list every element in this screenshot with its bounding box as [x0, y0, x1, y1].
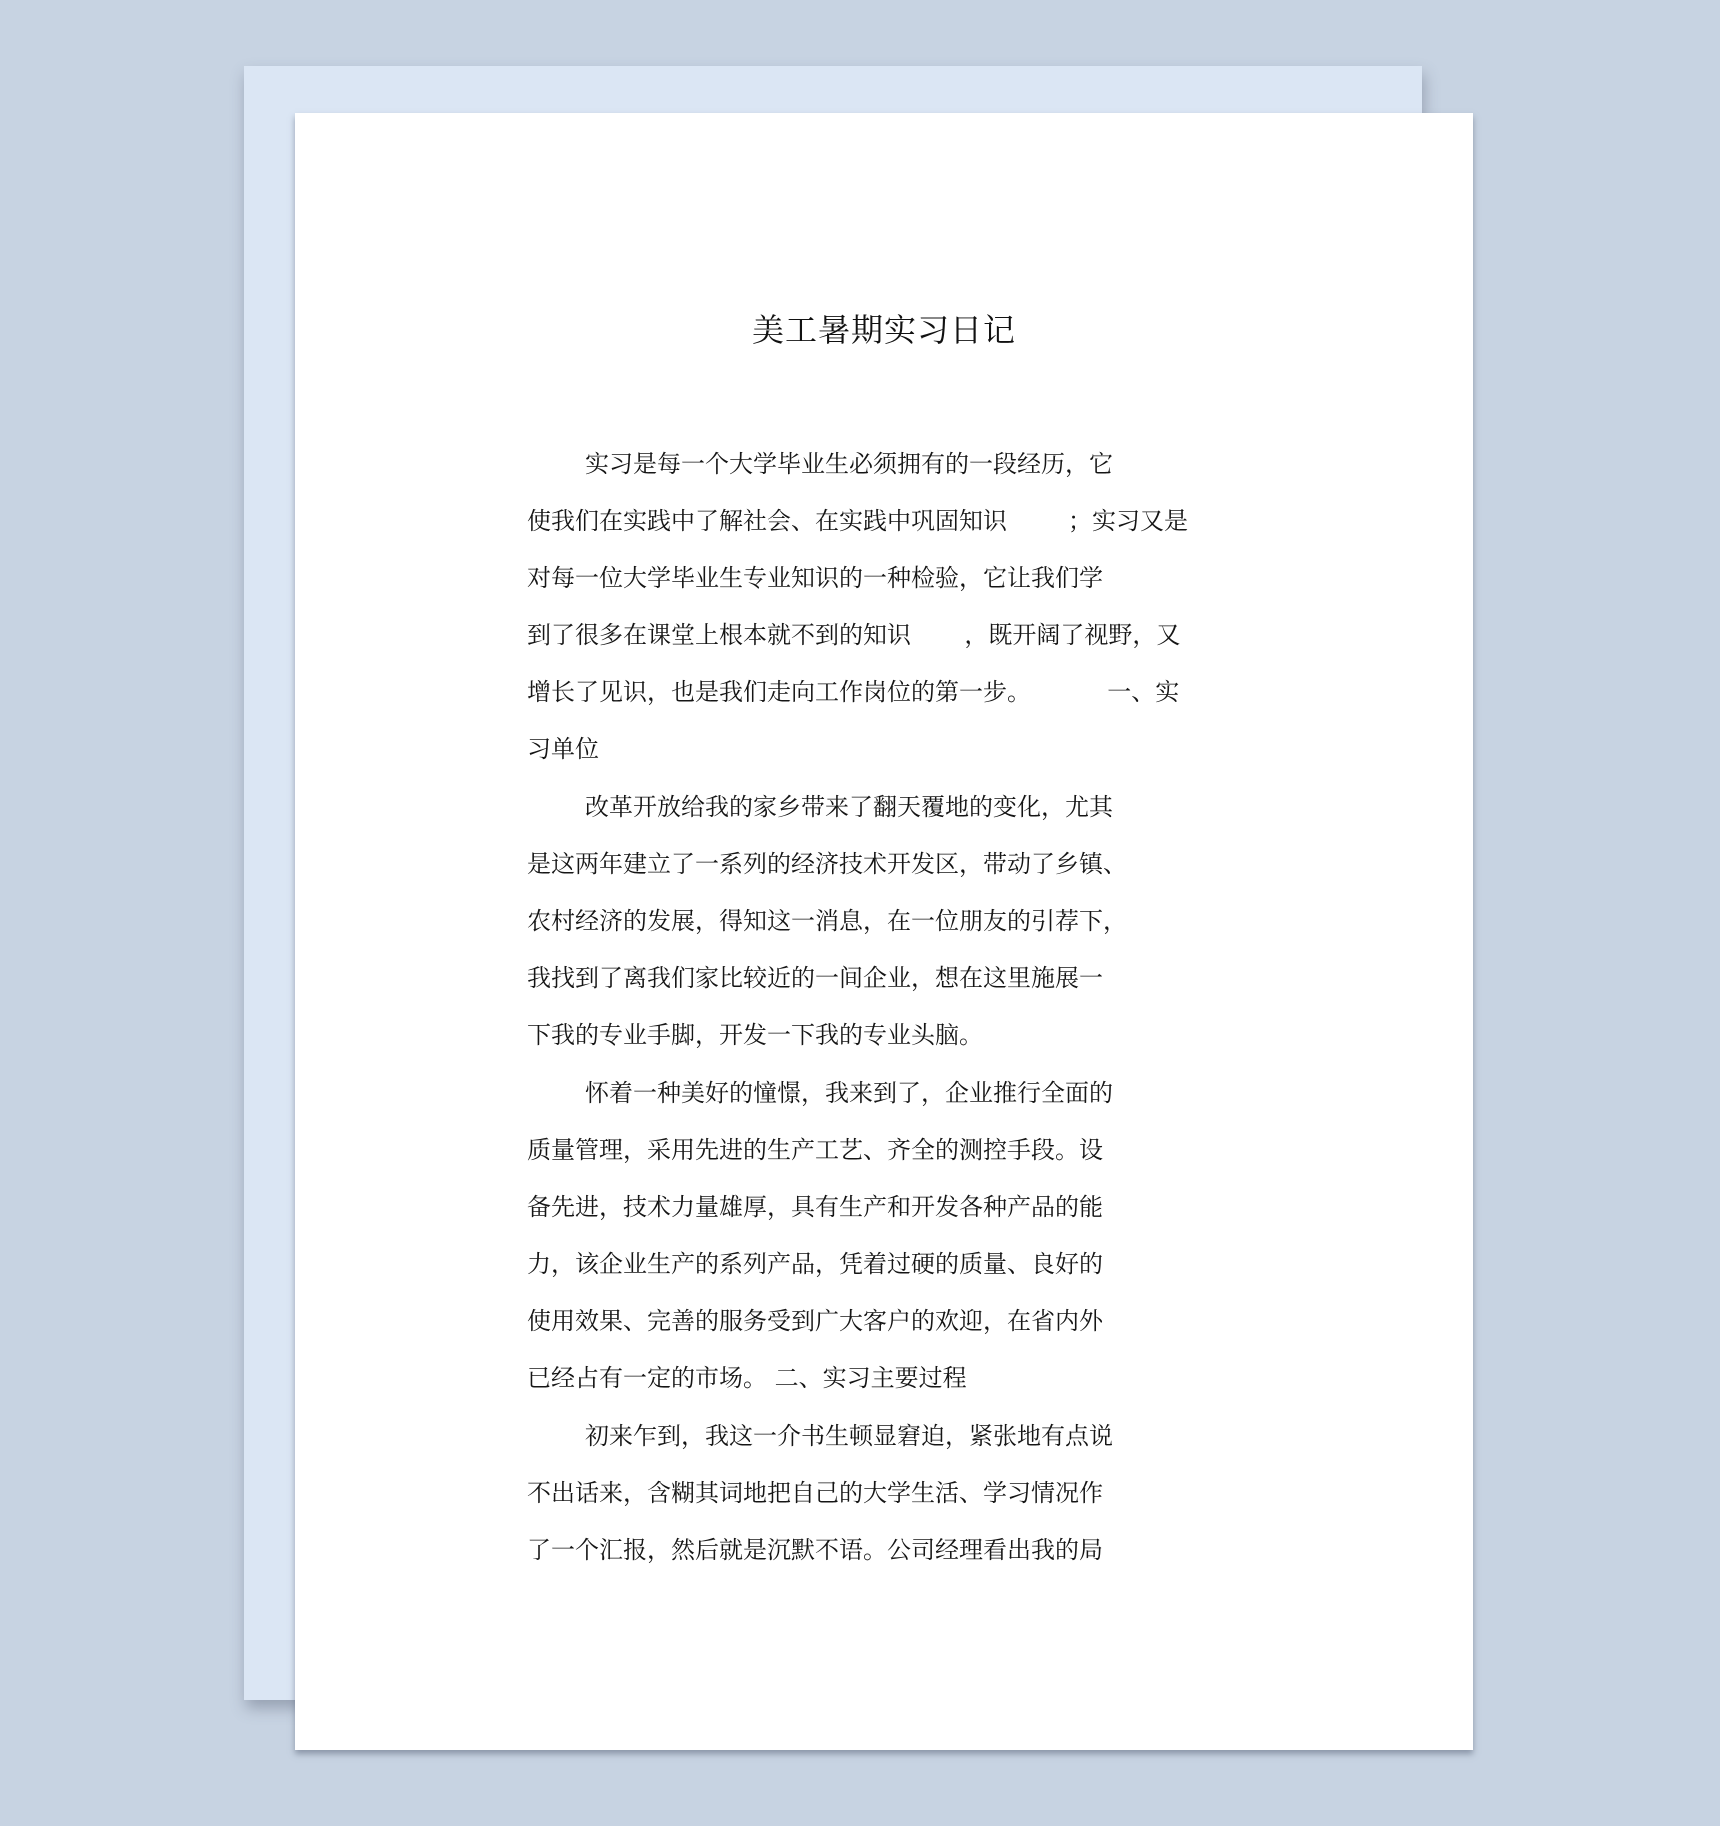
- text-line: 增长了见识，也是我们走向工作岗位的第一步。 一、实: [527, 672, 1179, 712]
- text-line: 质量管理，采用先进的生产工艺、齐全的测控手段。设: [527, 1130, 1103, 1170]
- text-line: 了一个汇报，然后就是沉默不语。公司经理看出我的局: [527, 1530, 1103, 1570]
- document-page: 美工暑期实习日记 实习是每一个大学毕业生必须拥有的一段经历，它 使我们在实践中了…: [295, 113, 1473, 1750]
- text-line: 是这两年建立了一系列的经济技术开发区，带动了乡镇、: [527, 844, 1127, 884]
- document-title: 美工暑期实习日记: [295, 310, 1473, 350]
- text-line: 初来乍到，我这一介书生顿显窘迫，紧张地有点说: [527, 1416, 1113, 1456]
- text-line: 到了很多在课堂上根本就不到的知识 ，既开阔了视野，又: [527, 615, 1180, 655]
- text-line: 力，该企业生产的系列产品，凭着过硬的质量、良好的: [527, 1244, 1103, 1284]
- text-line: 对每一位大学毕业生专业知识的一种检验，它让我们学: [527, 558, 1103, 598]
- text-line: 实习是每一个大学毕业生必须拥有的一段经历，它: [527, 444, 1113, 484]
- text-line: 已经占有一定的市场。 二、实习主要过程: [527, 1358, 967, 1398]
- text-line: 农村经济的发展，得知这一消息，在一位朋友的引荐下，: [527, 901, 1127, 941]
- text-line: 下我的专业手脚，开发一下我的专业头脑。: [527, 1015, 983, 1055]
- text-line: 不出话来，含糊其词地把自己的大学生活、学习情况作: [527, 1473, 1103, 1513]
- text-line: 习单位: [527, 729, 599, 769]
- text-line: 使用效果、完善的服务受到广大客户的欢迎，在省内外: [527, 1301, 1103, 1341]
- text-line: 怀着一种美好的憧憬，我来到了，企业推行全面的: [527, 1073, 1113, 1113]
- text-line: 改革开放给我的家乡带来了翻天覆地的变化，尤其: [527, 787, 1113, 827]
- text-line: 使我们在实践中了解社会、在实践中巩固知识 ；实习又是: [527, 501, 1188, 541]
- text-line: 备先进，技术力量雄厚，具有生产和开发各种产品的能: [527, 1187, 1103, 1227]
- text-line: 我找到了离我们家比较近的一间企业，想在这里施展一: [527, 958, 1103, 998]
